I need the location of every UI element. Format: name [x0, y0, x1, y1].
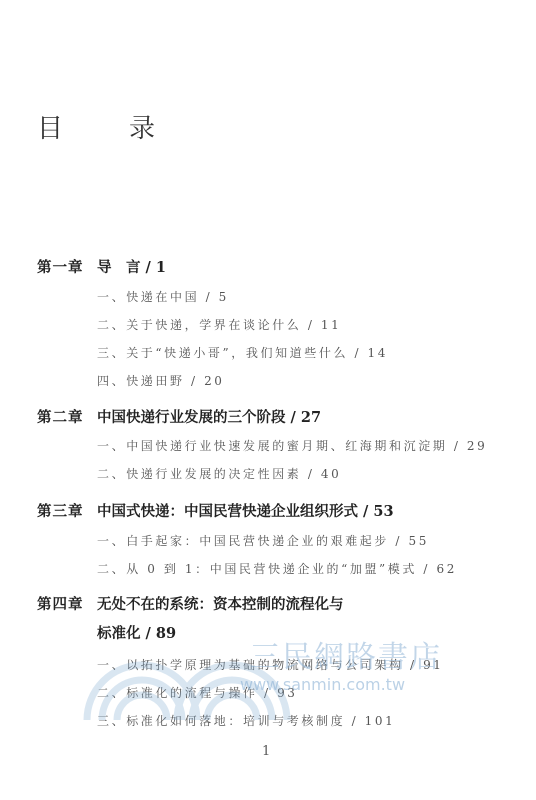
- section-title: 一、中国快递行业快速发展的蜜月期、红海期和沉淀期 / 29: [97, 440, 487, 452]
- chapter-label: 第一章: [37, 261, 84, 276]
- chapter-title: 中国快递行业发展的三个阶段 / 27: [97, 411, 321, 426]
- section-title: 三、标准化如何落地：培训与考核制度 / 101: [97, 715, 395, 727]
- toc-page: 目 录 第一章 导 言 / 1 一、快递在中国 / 5 二、关于快递，学界在谈论…: [0, 0, 536, 800]
- page-number: 1: [262, 744, 270, 759]
- chapter-label: 第四章: [37, 598, 84, 613]
- section-title: 四、快递田野 / 20: [97, 375, 225, 387]
- section-title: 一、快递在中国 / 5: [97, 291, 229, 303]
- page-title: 目 录: [37, 108, 175, 145]
- section-title: 二、关于快递，学界在谈论什么 / 11: [97, 319, 341, 331]
- section-title: 二、从 0 到 1：中国民营快递企业的“加盟”模式 / 62: [97, 563, 457, 575]
- watermark-text: 三民網路書店: [250, 632, 442, 676]
- section-title: 三、关于“快递小哥”，我们知道些什么 / 14: [97, 347, 388, 359]
- section-title: 一、白手起家：中国民营快递企业的艰难起步 / 55: [97, 535, 429, 547]
- section-title: 二、快递行业发展的决定性因素 / 40: [97, 468, 341, 480]
- chapter-title-continued: 标准化 / 89: [97, 627, 176, 642]
- watermark-url: www.sanmin.com.tw: [240, 675, 405, 694]
- chapter-title: 导 言 / 1: [97, 261, 166, 276]
- chapter-title: 中国式快递：中国民营快递企业组织形式 / 53: [97, 505, 394, 520]
- chapter-label: 第三章: [37, 505, 84, 520]
- chapter-title: 无处不在的系统：资本控制的流程化与: [97, 598, 344, 613]
- chapter-label: 第二章: [37, 411, 84, 426]
